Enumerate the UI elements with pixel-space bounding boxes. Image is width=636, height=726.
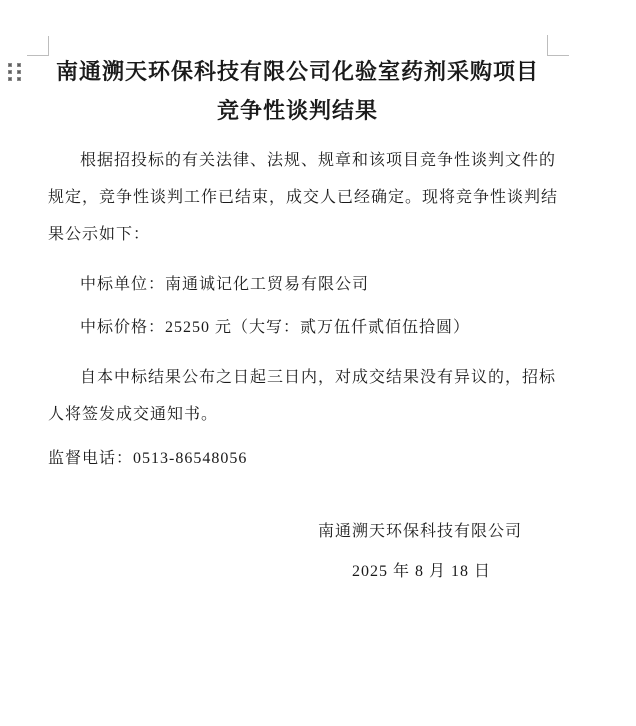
signature-date: 2025 年 8 月 18 日 bbox=[352, 561, 491, 583]
margin-crop-mark-top-right bbox=[547, 35, 569, 56]
supervision-phone-row: 监督电话：0513-86548056 bbox=[48, 448, 247, 470]
document-page: 南通溯天环保科技有限公司化验室药剂采购项目 竞争性谈判结果 根据招投标的有关法律… bbox=[0, 0, 636, 726]
drag-handle-dot bbox=[8, 63, 12, 67]
closing-line-2: 人将签发成交通知书。 bbox=[48, 404, 218, 426]
winner-row: 中标单位：南通诚记化工贸易有限公司 bbox=[80, 274, 369, 296]
price-value: 25250 元（大写：贰万伍仟贰佰伍拾圆） bbox=[165, 319, 470, 336]
margin-crop-mark-top-left bbox=[27, 36, 49, 56]
drag-handle-dot bbox=[17, 70, 21, 74]
phone-label: 监督电话： bbox=[48, 450, 133, 467]
phone-value: 0513-86548056 bbox=[133, 450, 247, 467]
drag-handle-dot bbox=[8, 70, 12, 74]
winner-label: 中标单位： bbox=[80, 276, 165, 293]
winner-value: 南通诚记化工贸易有限公司 bbox=[165, 276, 369, 293]
intro-line-2: 规定，竞争性谈判工作已结束，成交人已经确定。现将竞争性谈判结 bbox=[48, 187, 558, 209]
intro-line-1: 根据招投标的有关法律、法规、规章和该项目竞争性谈判文件的 bbox=[80, 150, 556, 172]
intro-line-3: 果公示如下： bbox=[48, 224, 150, 246]
drag-handle-icon[interactable] bbox=[8, 63, 21, 81]
document-title-line1: 南通溯天环保科技有限公司化验室药剂采购项目 bbox=[48, 58, 547, 86]
drag-handle-dot bbox=[17, 63, 21, 67]
price-row: 中标价格：25250 元（大写：贰万伍仟贰佰伍拾圆） bbox=[80, 317, 470, 339]
document-title-line2: 竞争性谈判结果 bbox=[48, 97, 547, 125]
drag-handle-dot bbox=[17, 77, 21, 81]
closing-line-1: 自本中标结果公布之日起三日内，对成交结果没有异议的，招标 bbox=[80, 367, 556, 389]
drag-handle-dot bbox=[8, 77, 12, 81]
price-label: 中标价格： bbox=[80, 319, 165, 336]
signature-company: 南通溯天环保科技有限公司 bbox=[318, 521, 522, 543]
